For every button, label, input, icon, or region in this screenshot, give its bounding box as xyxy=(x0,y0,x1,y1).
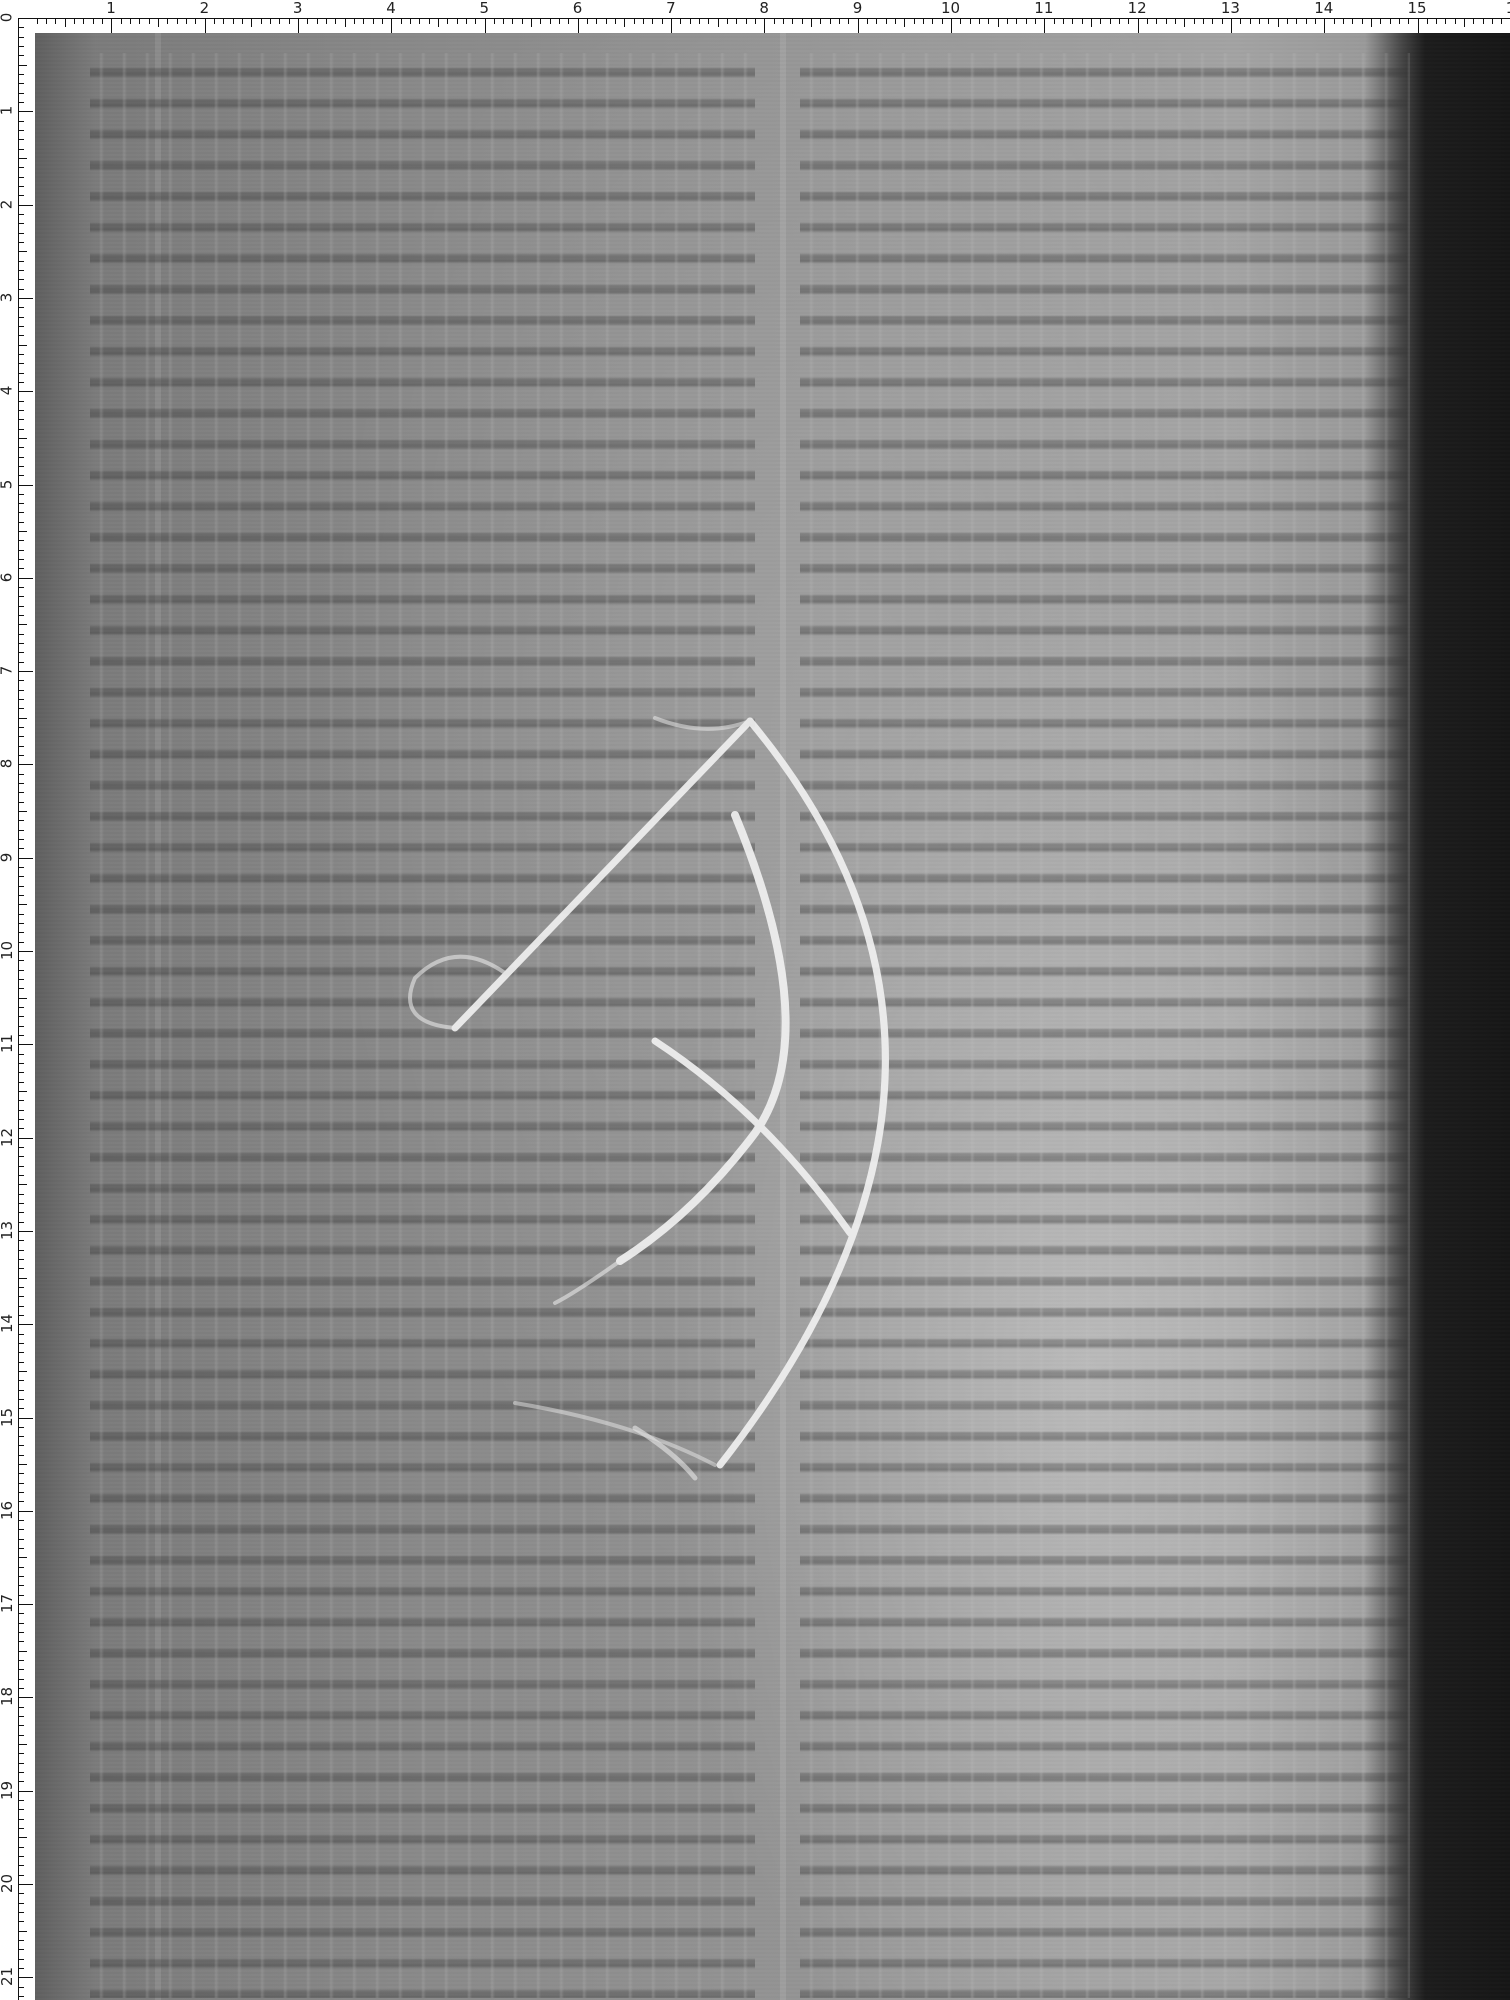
ruler-tick xyxy=(18,708,24,709)
ruler-tick xyxy=(18,1240,24,1241)
ruler-tick xyxy=(1464,18,1465,27)
ruler-tick xyxy=(18,1315,24,1316)
ruler-tick xyxy=(18,512,24,513)
ruler-tick xyxy=(1492,18,1493,24)
ruler-tick xyxy=(18,391,33,392)
ruler-tick xyxy=(18,1352,24,1353)
ruler-tick xyxy=(18,1725,24,1726)
top-ruler-label: 1 xyxy=(106,1,116,16)
ruler-tick xyxy=(18,1959,24,1960)
ruler-tick xyxy=(18,1772,24,1773)
ruler-tick xyxy=(624,18,625,27)
ruler-tick xyxy=(1091,18,1092,27)
ruler-tick xyxy=(718,18,719,27)
ruler-tick xyxy=(18,1595,24,1596)
ruler-tick xyxy=(1063,18,1064,24)
ruler-tick xyxy=(326,18,327,24)
ruler-tick xyxy=(18,1744,27,1745)
left-ruler-label: 3 xyxy=(0,293,14,303)
ruler-tick xyxy=(18,671,33,672)
ruler-tick xyxy=(820,18,821,24)
left-ruler-label: 18 xyxy=(0,1687,15,1706)
ruler-tick xyxy=(18,942,24,943)
ruler-tick xyxy=(18,1007,24,1008)
ruler-tick xyxy=(18,1306,24,1307)
ruler-tick xyxy=(18,1791,33,1792)
top-ruler-label: 6 xyxy=(573,1,583,16)
ruler-tick xyxy=(18,606,24,607)
ruler-tick xyxy=(18,1072,24,1073)
ruler-tick xyxy=(1222,18,1223,24)
left-ruler-label: 0 xyxy=(0,13,14,23)
ruler-tick xyxy=(18,1893,24,1894)
ruler-tick xyxy=(18,1268,24,1269)
ruler-tick xyxy=(18,419,24,420)
ruler-tick xyxy=(876,18,877,24)
ruler-tick xyxy=(83,18,84,24)
ruler-tick xyxy=(18,1501,24,1502)
ruler-tick xyxy=(18,149,24,150)
ruler-tick xyxy=(643,18,644,24)
ruler-tick xyxy=(18,951,33,952)
ruler-tick xyxy=(18,1016,24,1017)
ruler-tick xyxy=(223,18,224,24)
ruler-tick xyxy=(111,18,112,33)
ruler-tick xyxy=(18,1324,33,1325)
ruler-tick xyxy=(18,1968,24,1969)
top-ruler-label: 14 xyxy=(1314,1,1333,16)
ruler-tick xyxy=(18,438,27,439)
ruler-tick xyxy=(18,1865,24,1866)
ruler-tick xyxy=(18,1473,24,1474)
ruler-tick xyxy=(18,1735,24,1736)
ruler-tick xyxy=(18,1427,24,1428)
ruler-tick xyxy=(382,18,383,24)
ruler-tick xyxy=(1138,18,1139,33)
ruler-tick xyxy=(979,18,980,24)
ruler-tick xyxy=(18,494,24,495)
ruler-tick xyxy=(18,1912,24,1913)
left-ruler-label: 13 xyxy=(0,1221,15,1240)
ruler-tick xyxy=(1100,18,1101,24)
ruler-tick xyxy=(18,1063,24,1064)
ruler-tick xyxy=(18,1119,24,1120)
ruler-tick xyxy=(447,18,448,24)
ruler-tick xyxy=(559,18,560,24)
ruler-tick xyxy=(568,18,569,24)
ruler-tick xyxy=(1390,18,1391,24)
ruler-tick xyxy=(18,55,24,56)
ruler-tick xyxy=(1119,18,1120,24)
ruler-tick xyxy=(18,1390,24,1391)
ruler-tick xyxy=(18,1222,24,1223)
ruler-tick xyxy=(18,27,24,28)
ruler-tick xyxy=(233,18,234,24)
ruler-tick xyxy=(270,18,271,24)
left-ruler-label: 10 xyxy=(0,941,15,960)
ruler-tick xyxy=(401,18,402,24)
ruler-tick xyxy=(18,205,33,206)
ruler-tick xyxy=(18,1875,24,1876)
ruler-tick xyxy=(18,177,24,178)
ruler-tick xyxy=(18,643,24,644)
ruler-tick xyxy=(1166,18,1167,24)
ruler-tick xyxy=(18,1091,27,1092)
ruler-tick xyxy=(596,18,597,24)
ruler-tick xyxy=(1455,18,1456,24)
ruler-tick xyxy=(46,18,47,24)
top-ruler-label: 12 xyxy=(1128,1,1147,16)
ruler-tick xyxy=(18,261,24,262)
ruler-tick xyxy=(18,1669,24,1670)
left-ruler-label: 21 xyxy=(0,1967,15,1986)
ruler-tick xyxy=(18,1166,24,1167)
ruler-tick xyxy=(18,802,24,803)
ruler-tick xyxy=(18,811,27,812)
ruler-tick xyxy=(429,18,430,24)
ruler-tick xyxy=(18,895,24,896)
ruler-tick xyxy=(1082,18,1083,24)
ruler-tick xyxy=(18,1445,24,1446)
ruler-tick xyxy=(1026,18,1027,24)
ruler-tick xyxy=(18,1259,24,1260)
ruler-tick xyxy=(354,18,355,24)
ruler-tick xyxy=(18,167,24,168)
ruler-tick xyxy=(18,410,24,411)
ruler-tick xyxy=(1203,18,1204,24)
ruler-tick xyxy=(1156,18,1157,24)
ruler-tick xyxy=(18,242,24,243)
left-ruler-label: 15 xyxy=(0,1407,15,1426)
ruler-tick xyxy=(139,18,140,24)
ruler-tick xyxy=(18,1362,24,1363)
ruler-tick xyxy=(18,1483,24,1484)
ruler-tick xyxy=(419,18,420,24)
ruler-tick xyxy=(18,1455,24,1456)
ruler-tick xyxy=(904,18,905,27)
ruler-tick xyxy=(1352,18,1353,24)
ruler-tick xyxy=(951,18,952,33)
ruler-tick xyxy=(177,18,178,24)
ruler-tick xyxy=(18,736,24,737)
ruler-tick xyxy=(18,1847,24,1848)
ruler-tick xyxy=(18,1837,27,1838)
ruler-tick xyxy=(18,457,24,458)
ruler-tick xyxy=(18,186,24,187)
ruler-tick xyxy=(18,1035,24,1036)
ruler-tick xyxy=(18,18,33,19)
ruler-tick xyxy=(18,401,24,402)
ruler-tick xyxy=(1362,18,1363,24)
ruler-tick xyxy=(18,1828,24,1829)
ruler-tick xyxy=(727,18,728,24)
left-ruler-label: 7 xyxy=(0,666,14,676)
ruler-tick xyxy=(18,522,24,523)
ruler-tick xyxy=(18,1977,33,1978)
ruler-tick xyxy=(606,18,607,24)
ruler-tick xyxy=(18,1436,24,1437)
ruler-tick xyxy=(18,1539,24,1540)
ruler-tick xyxy=(18,652,24,653)
ruler-tick xyxy=(18,886,24,887)
ruler-tick xyxy=(18,755,24,756)
ruler-tick xyxy=(1278,18,1279,27)
ruler-tick xyxy=(18,998,27,999)
ruler-tick xyxy=(18,1128,24,1129)
left-ruler-label: 12 xyxy=(0,1128,15,1147)
ruler-tick xyxy=(18,867,24,868)
ruler-tick xyxy=(18,1996,24,1997)
ruler-tick xyxy=(988,18,989,24)
ruler-tick xyxy=(186,18,187,24)
ruler-tick xyxy=(1250,18,1251,24)
top-ruler-label: 1 xyxy=(1506,1,1510,16)
ruler-tick xyxy=(18,1082,24,1083)
ruler-tick xyxy=(317,18,318,24)
top-ruler-label: 9 xyxy=(853,1,863,16)
ruler-tick xyxy=(18,335,24,336)
ruler-tick xyxy=(895,18,896,24)
ruler-tick xyxy=(18,158,27,159)
ruler-tick xyxy=(466,18,467,24)
ruler-tick xyxy=(18,1604,33,1605)
ruler-tick xyxy=(18,988,24,989)
left-ruler-label: 20 xyxy=(0,1874,15,1893)
top-ruler-label: 7 xyxy=(666,1,676,16)
ruler-tick xyxy=(1044,18,1045,33)
top-ruler-label: 10 xyxy=(941,1,960,16)
ruler-tick xyxy=(18,1529,24,1530)
ruler-tick xyxy=(121,18,122,24)
ruler-tick xyxy=(18,447,24,448)
ruler-tick xyxy=(18,1511,33,1512)
ruler-tick xyxy=(18,1660,24,1661)
ruler-tick xyxy=(18,65,27,66)
ruler-tick xyxy=(18,1884,33,1885)
ruler-tick xyxy=(18,1147,24,1148)
ruler-tick xyxy=(37,18,38,24)
ruler-tick xyxy=(18,550,24,551)
ruler-tick xyxy=(18,233,24,234)
ruler-tick xyxy=(1427,18,1428,24)
ruler-tick xyxy=(18,1585,24,1586)
ruler-tick xyxy=(18,1156,24,1157)
top-ruler-label: 13 xyxy=(1221,1,1240,16)
ruler-tick xyxy=(18,904,27,905)
top-ruler-label: 2 xyxy=(200,1,210,16)
left-ruler-label: 14 xyxy=(0,1314,15,1333)
ruler-tick xyxy=(708,18,709,24)
ruler-tick xyxy=(923,18,924,24)
ruler-tick xyxy=(18,1548,24,1549)
ruler-tick xyxy=(774,18,775,24)
ruler-tick xyxy=(18,1697,33,1698)
ruler-tick xyxy=(18,1613,24,1614)
ruler-tick xyxy=(839,18,840,24)
ruler-tick xyxy=(475,18,476,24)
ruler-tick xyxy=(1240,18,1241,24)
ruler-tick xyxy=(18,1567,24,1568)
ruler-tick xyxy=(550,18,551,24)
ruler-tick xyxy=(18,1679,24,1680)
ruler-tick xyxy=(298,18,299,33)
ruler-tick xyxy=(960,18,961,24)
ruler-tick xyxy=(18,792,24,793)
ruler-tick xyxy=(18,1763,24,1764)
left-ruler-label: 16 xyxy=(0,1501,15,1520)
ruler-tick xyxy=(167,18,168,24)
ruler-tick xyxy=(18,1464,27,1465)
ruler-tick xyxy=(18,93,24,94)
ruler-tick xyxy=(1231,18,1232,33)
ruler-tick xyxy=(18,1408,24,1409)
ruler-tick xyxy=(242,18,243,24)
ruler-tick xyxy=(1334,18,1335,24)
ruler-tick xyxy=(18,1716,24,1717)
ruler-tick xyxy=(1259,18,1260,24)
ruler-tick xyxy=(373,18,374,24)
ruler-tick xyxy=(858,18,859,33)
ruler-tick xyxy=(18,1641,24,1642)
ruler-tick xyxy=(671,18,672,33)
ruler-tick xyxy=(205,18,206,33)
ruler-tick xyxy=(18,783,24,784)
ruler-tick xyxy=(18,1520,24,1521)
ruler-tick xyxy=(18,223,24,224)
ruler-tick xyxy=(18,1418,33,1419)
ruler-tick xyxy=(18,923,24,924)
ruler-tick xyxy=(18,774,24,775)
ruler-tick xyxy=(18,1054,24,1055)
ruler-tick xyxy=(18,1753,24,1754)
left-ruler-label: 9 xyxy=(0,852,14,862)
left-ruler-label: 19 xyxy=(0,1781,15,1800)
ruler-tick xyxy=(18,578,33,579)
ruler-tick xyxy=(792,18,793,24)
ruler-tick xyxy=(18,1203,24,1204)
ruler-tick xyxy=(158,18,159,27)
ruler-tick xyxy=(18,1987,24,1988)
ruler-tick xyxy=(18,139,24,140)
ruler-tick xyxy=(1483,18,1484,24)
ruler-tick xyxy=(18,102,24,103)
ruler-tick xyxy=(1324,18,1325,33)
ruler-tick xyxy=(942,18,943,24)
ruler-tick xyxy=(18,830,24,831)
ruler-tick xyxy=(18,1184,27,1185)
ruler-tick xyxy=(18,214,24,215)
top-ruler-label: 8 xyxy=(759,1,769,16)
ruler-tick xyxy=(494,18,495,24)
ruler-tick xyxy=(74,18,75,24)
left-ruler-label: 6 xyxy=(0,573,14,583)
ruler-tick xyxy=(18,251,27,252)
ruler-tick xyxy=(18,746,24,747)
ruler-tick xyxy=(1445,18,1446,24)
ruler-tick xyxy=(1501,18,1502,24)
ruler-tick xyxy=(1315,18,1316,24)
ruler-tick xyxy=(18,1231,33,1232)
ruler-tick xyxy=(18,1651,27,1652)
ruler-tick xyxy=(811,18,812,27)
ruler-tick xyxy=(18,587,24,588)
ruler-tick xyxy=(18,1903,24,1904)
bow-and-arrow-watermark-icon xyxy=(35,33,1510,2000)
ruler-tick xyxy=(18,1623,24,1624)
ruler-tick xyxy=(1380,18,1381,24)
ruler-tick xyxy=(18,568,24,569)
ruler-tick xyxy=(18,718,27,719)
ruler-tick xyxy=(1473,18,1474,24)
ruler-tick xyxy=(18,317,24,318)
ruler-tick xyxy=(1194,18,1195,24)
ruler-tick xyxy=(1175,18,1176,24)
ruler-tick xyxy=(251,18,252,27)
ruler-tick xyxy=(634,18,635,24)
left-ruler-baseline xyxy=(18,18,19,2000)
ruler-tick xyxy=(680,18,681,24)
ruler-tick xyxy=(1016,18,1017,24)
top-ruler-label: 3 xyxy=(293,1,303,16)
ruler-tick xyxy=(18,1044,33,1045)
ruler-tick xyxy=(18,1110,24,1111)
ruler-tick xyxy=(195,18,196,24)
ruler-tick xyxy=(18,1492,24,1493)
ruler-tick xyxy=(18,270,24,271)
ruler-tick xyxy=(18,1371,27,1372)
ruler-tick xyxy=(18,764,33,765)
ruler-tick xyxy=(18,540,24,541)
ruler-tick xyxy=(18,121,24,122)
ruler-tick xyxy=(65,18,66,27)
left-ruler: 0123456789101112131415161718192021 xyxy=(0,0,33,2000)
ruler-tick xyxy=(410,18,411,24)
ruler-tick xyxy=(18,960,24,961)
ruler-tick xyxy=(130,18,131,24)
left-ruler-label: 4 xyxy=(0,386,14,396)
ruler-tick xyxy=(18,596,24,597)
ruler-tick xyxy=(149,18,150,24)
ruler-tick xyxy=(18,1800,24,1801)
left-ruler-label: 17 xyxy=(0,1594,15,1613)
ruler-tick xyxy=(18,932,24,933)
ruler-tick xyxy=(1287,18,1288,24)
ruler-tick xyxy=(699,18,700,24)
ruler-tick xyxy=(998,18,999,27)
ruler-tick xyxy=(18,848,24,849)
ruler-tick xyxy=(18,727,24,728)
ruler-tick xyxy=(18,680,24,681)
ruler-tick xyxy=(764,18,765,33)
ruler-tick xyxy=(914,18,915,24)
ruler-tick xyxy=(18,326,24,327)
ruler-tick xyxy=(1007,18,1008,24)
ruler-tick xyxy=(746,18,747,24)
ruler-tick xyxy=(18,1380,24,1381)
ruler-tick xyxy=(18,820,24,821)
ruler-tick xyxy=(18,1026,24,1027)
ruler-tick xyxy=(18,466,24,467)
ruler-tick xyxy=(18,279,24,280)
ruler-tick xyxy=(18,876,24,877)
ruler-tick xyxy=(18,1138,33,1139)
ruler-tick xyxy=(18,1856,24,1857)
ruler-tick xyxy=(18,634,24,635)
ruler-tick xyxy=(783,18,784,24)
ruler-tick xyxy=(18,354,24,355)
ruler-tick xyxy=(18,970,24,971)
ruler-tick xyxy=(615,18,616,24)
